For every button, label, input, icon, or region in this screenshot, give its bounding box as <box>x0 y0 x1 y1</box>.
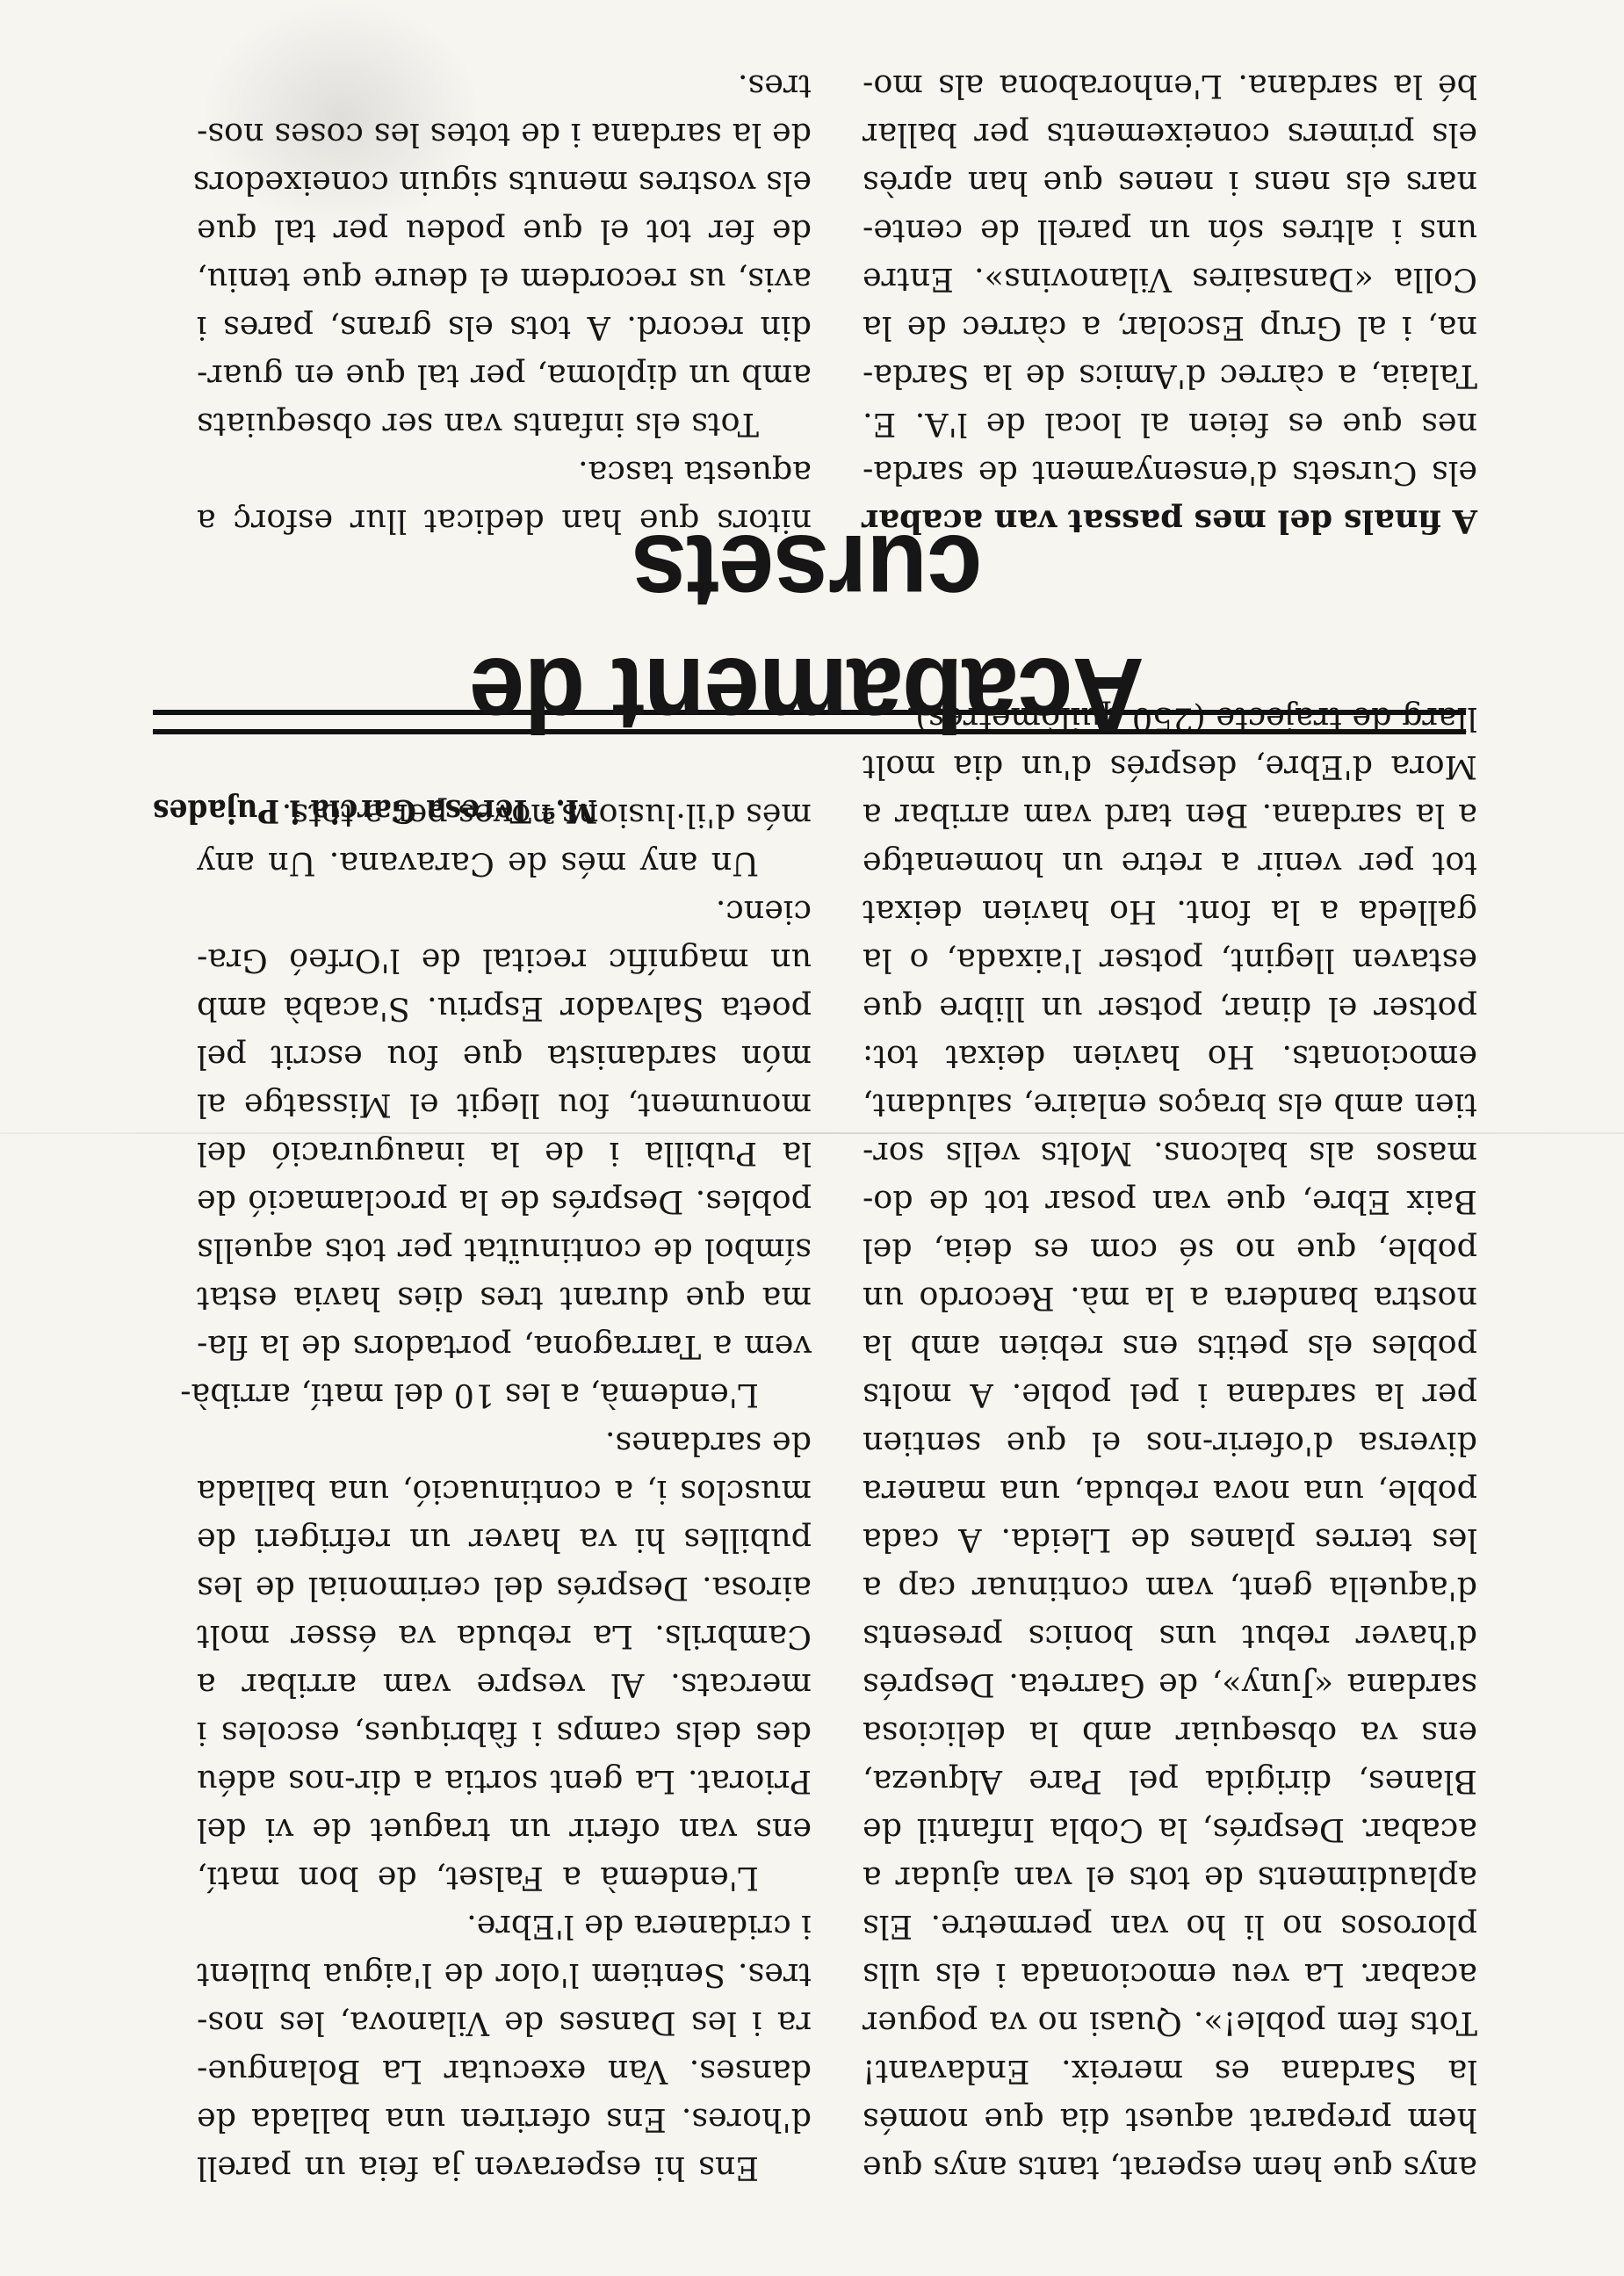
text-line: danses. Van executar La Bolangue- <box>197 2048 812 2096</box>
text-line: mercats. Al vespre vam arribar a <box>197 1661 812 1709</box>
text-line: emocionats. Ho havien deixat tot: <box>863 1033 1477 1081</box>
text-line: bé la sardana. L'enhorabona als mo- <box>863 62 1477 111</box>
text-line: Colla «Dansaires Vilanovins». Entre <box>863 256 1477 304</box>
text-line: plorosos no li ho van permetre. Els <box>863 1903 1477 1951</box>
text-line: Baix Ebre, que van posar tot de do- <box>863 1178 1477 1226</box>
text-line: un magnífic recital de l'Orfeó Gra- <box>197 936 812 985</box>
text-line: acabar. Després, la Cobla Infantil de <box>863 1806 1477 1854</box>
text-line: els vostres menuts siguin coneixedors <box>197 159 812 207</box>
text-line: pobles. Després de la proclamació de <box>197 1178 812 1226</box>
text-line: L'endemà, a les 10 del matí, arribà- <box>197 1371 812 1420</box>
text-line: pobles els petits ens rebien amb la <box>863 1323 1477 1371</box>
text-line: els Cursets d'ensenyament de sarda- <box>863 449 1477 497</box>
text-line: d'aquella gent, vam continuar cap a <box>863 1564 1477 1613</box>
text-line: per la sardana i pel poble. A molts <box>863 1371 1477 1420</box>
text-line: ens van oferir un traguet de vi del <box>197 1806 812 1854</box>
text-line: món sardanista que fou escrit pel <box>197 1033 812 1081</box>
text-line: avis, us recordem el deure que teniu, <box>197 256 812 304</box>
text-line: la Pubilla i de la inauguració del <box>197 1130 812 1178</box>
author-byline: M.ª Teresa Garcia i Pujades <box>153 787 659 835</box>
text-line: nitors que han dedicat llur esforç a <box>197 497 812 546</box>
text-line: masos als balcons. Molts vells sor- <box>863 1130 1477 1178</box>
text-line: les terres planes de Lleida. A cada <box>863 1516 1477 1564</box>
text-line: Talaia, a càrrec d'Amics de la Sarda- <box>863 352 1477 401</box>
text-line: ra i les Danses de Vilanova, les nos- <box>197 1999 812 2048</box>
text-line: de fer tot el que podeu per tal que <box>197 207 812 256</box>
text-line: monument, fou llegit el Missatge al <box>197 1081 812 1130</box>
article-column-4: nitors que han dedicat llur esforç aaque… <box>197 62 812 546</box>
article-column-2: Ens hi esperaven ja feia un parelld'hore… <box>197 791 812 2193</box>
text-line: ma que durant tres dies havia estat <box>197 1275 812 1323</box>
text-line: sardana «Juny», de Garreta. Després <box>863 1661 1477 1709</box>
text-line: Ens hi esperaven ja feia un parell <box>197 2144 812 2193</box>
text-line: acabar. La veu emocionada i els ulls <box>863 1951 1477 1999</box>
text-line: vem a Tarragona, portadors de la fla- <box>197 1323 812 1371</box>
text-line: din record. A tots els grans, pares i <box>197 304 812 352</box>
text-line: potser el dinar, potser un llibre que <box>863 985 1477 1033</box>
text-line: galleda a la font. Ho havien deixat <box>863 888 1477 936</box>
text-line: d'hores. Ens oferiren una ballada de <box>197 2096 812 2144</box>
text-line: nes que es feien al local de l'A. E. <box>863 401 1477 449</box>
text-line: poble, que no sé com es deia, del <box>863 1226 1477 1275</box>
text-line: estaven llegint, potser l'aixada, o la <box>863 936 1477 985</box>
text-line: diversa d'oferir-nos el que sentien <box>863 1420 1477 1468</box>
text-line: Blanes, dirigida pel Pare Alqueza, <box>863 1758 1477 1806</box>
text-line: poble, una nova rebuda, una manera <box>863 1468 1477 1516</box>
text-line: els primers coneixements per ballar <box>863 111 1477 159</box>
text-line: tot per venir a retre un homenatge <box>863 840 1477 888</box>
text-line: la Sardana es mereix. Endavant! <box>863 2048 1477 2096</box>
text-line: L'endemà a Falset, de bon matí, <box>197 1854 812 1903</box>
text-line: musclos i, a continuació, una ballada <box>197 1468 812 1516</box>
text-line: des dels camps i fàbriques, escoles i <box>197 1709 812 1758</box>
text-line: airosa. Després del cerimonial de les <box>197 1564 812 1613</box>
text-line: de la sardana i de totes les coses nos- <box>197 111 812 159</box>
text-line: tres. Sentiem l'olor de l'aigua bullent <box>197 1951 812 1999</box>
text-line: pubilles hi va haver un refrigeri de <box>197 1516 812 1564</box>
scanned-page: anys que hem esperat, tants anys quehem … <box>0 0 1624 2276</box>
text-line: aplaudiments de tots el van ajudar a <box>863 1854 1477 1903</box>
text-line: poeta Salvador Espriu. S'acabà amb <box>197 985 812 1033</box>
text-line: Tots els infants van ser obsequiats <box>197 401 812 449</box>
text-line: Cambrils. La rebuda va ésser molt <box>197 1613 812 1661</box>
text-line: A finals del mes passat van acabar <box>863 497 1477 546</box>
text-line: Tots fem poble!». Quasi no va poguer <box>863 1999 1477 2048</box>
text-line: tres. <box>197 62 812 111</box>
text-line: i cridanera de l'Ebre. <box>197 1903 812 1951</box>
text-line: ens va obsequiar amb la deliciosa <box>863 1709 1477 1758</box>
article-column-1: anys que hem esperat, tants anys quehem … <box>863 695 1477 2193</box>
text-line: nars els nens i nenes que han après <box>863 159 1477 207</box>
text-line: Priorat. La gent sortia a dir-nos adéu <box>197 1758 812 1806</box>
article-column-3: A finals del mes passat van acabarels Cu… <box>863 62 1477 546</box>
article-headline: Acabament de cursets <box>307 510 1308 756</box>
text-line: Un any més de Caravana. Un any <box>197 840 812 888</box>
text-line: cienc. <box>197 888 812 936</box>
text-line: símbol de continuïtat per tots aquells <box>197 1226 812 1275</box>
text-line: tien amb els braços enlaire, saludant, <box>863 1081 1477 1130</box>
text-line: nostra bandera a la mà. Recordo un <box>863 1275 1477 1323</box>
text-line: de sardanes. <box>197 1420 812 1468</box>
text-line: d'haver rebut uns bonics presents <box>863 1613 1477 1661</box>
text-line: uns i altres són un parell de cente- <box>863 207 1477 256</box>
text-line: na, i al Grup Escolar, a càrrec de la <box>863 304 1477 352</box>
text-line: aquesta tasca. <box>197 449 812 497</box>
text-line: hem preparat aquest dia que només <box>863 2096 1477 2144</box>
text-line: anys que hem esperat, tants anys que <box>863 2144 1477 2193</box>
text-line: amb un diploma, per tal que en guar- <box>197 352 812 401</box>
